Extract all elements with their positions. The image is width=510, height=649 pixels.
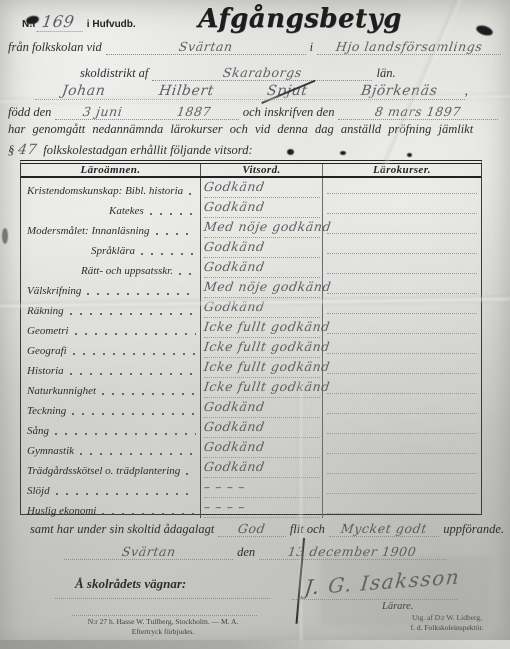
writing-guide: [327, 492, 477, 494]
county-handwritten: Skaraborgs: [222, 65, 303, 80]
board-line: Å skolrådets vägnar:: [75, 576, 186, 592]
header-grades: Vitsord.: [201, 164, 323, 176]
table-row: Trädgårdsskötsel o. trädplantering Godkä…: [21, 458, 481, 478]
from-school-label: från folkskolan vid: [8, 40, 102, 55]
imprint-left-line1: N:r 27 h. Hasse W. Tullberg, Stockholm. …: [28, 617, 298, 627]
dot-leader: [51, 427, 196, 437]
enrolled-label: och inskrifven den: [243, 105, 335, 120]
grades-table: Läroämnen. Vitsord. Lärokurser. Kristend…: [20, 160, 482, 515]
birthdate-field: 3 juni 1887: [55, 101, 238, 120]
writing-guide: [327, 292, 477, 294]
subject-label: Teckning: [27, 405, 66, 417]
bleedthrough-smudge: [320, 556, 490, 626]
hufvudb-label: i Hufvudb.: [87, 19, 136, 30]
dot-leader: [182, 467, 196, 477]
header-subjects: Läroämnen.: [21, 164, 201, 176]
certificate-number-line: N:r 169 i Hufvudb.: [22, 12, 136, 32]
name-comma: ,: [465, 84, 469, 100]
district-line: skoldistrikt af Skaraborgs län.: [80, 59, 452, 77]
conduct-line: samt har under sin skoltid ådagalagt God…: [30, 518, 504, 536]
subject-label: Kristendomskunskap: Bibl. historia: [27, 185, 183, 197]
edge-mark: [2, 228, 8, 244]
dot-leader: [98, 507, 196, 517]
table-row: Katekes Godkänd: [21, 198, 481, 218]
subject-label: Välskrifning: [27, 285, 81, 297]
subject-label: Naturkunnighet: [27, 385, 96, 397]
certificate-number: 169: [37, 12, 86, 32]
grade-handwritten: Godkänd: [203, 299, 266, 314]
school-line: från folkskolan vid Svärtan i Hjo landsf…: [8, 36, 505, 54]
writing-guide: [327, 412, 477, 414]
subject-label: Gymnastik: [27, 445, 74, 457]
spacer: [400, 59, 448, 77]
table-row: Kristendomskunskap: Bibl. historia Godkä…: [21, 178, 481, 198]
subject-label: Slöjd: [27, 485, 50, 497]
table-row: Huslig ekonomi – – – –: [21, 498, 481, 518]
dot-leader: [76, 447, 196, 457]
birth-day-handwritten: 3 juni: [82, 104, 124, 119]
diligence-field: God: [218, 518, 285, 537]
statute-line: § 47 folkskolestadgan erhållit följande …: [8, 142, 502, 158]
conduct-mid-label: flit och: [290, 522, 325, 537]
birth-enrollment-line: född den 3 juni 1887 och inskrifven den …: [8, 101, 502, 119]
subject-label: Historia: [27, 365, 64, 377]
grade-handwritten: Godkänd: [203, 179, 266, 194]
school-name-handwritten: Svärtan: [178, 39, 234, 54]
dot-leader: [83, 287, 196, 297]
enrollment-date-handwritten: 8 mars 1897: [374, 104, 462, 119]
blank-signature-line: [55, 598, 270, 599]
born-label: född den: [8, 105, 51, 120]
table-row: Geometri Icke fullt godkänd: [21, 318, 481, 338]
place-handwritten: Svärtan: [121, 544, 177, 559]
pupil-first-name: Johan: [61, 83, 107, 99]
grade-handwritten: Godkänd: [203, 199, 266, 214]
dot-leader: [66, 367, 196, 377]
grade-handwritten: Godkänd: [203, 459, 266, 474]
table-row: Teckning Godkänd: [21, 398, 481, 418]
imprint-left-line2: Eftertryck förbjudes.: [28, 627, 298, 637]
grade-handwritten: Icke fullt godkänd: [203, 379, 331, 394]
blank-signature-line: [72, 615, 257, 616]
dot-leader: [137, 247, 196, 257]
table-row: Naturkunnighet Icke fullt godkänd: [21, 378, 481, 398]
dot-leader: [71, 327, 196, 337]
table-row: Historia Icke fullt godkänd: [21, 358, 481, 378]
subject-label: Trädgårdsskötsel o. trädplantering: [27, 465, 180, 477]
dot-leader: [185, 187, 196, 197]
grade-handwritten: Icke fullt godkänd: [203, 359, 331, 374]
table-row: Gymnastik Godkänd: [21, 438, 481, 458]
board-label: Å skolrådets vägnar:: [75, 576, 186, 592]
writing-guide: [327, 252, 477, 254]
table-row: Rätt- och uppsatsskr. Godkänd: [21, 258, 481, 278]
statute-text: folkskolestadgan erhållit följande vitso…: [43, 143, 252, 158]
subject-label: Geometri: [27, 325, 69, 337]
section-number-handwritten: 47: [17, 142, 38, 158]
ink-blot: [340, 151, 346, 155]
den-label: den: [237, 545, 255, 560]
subject-label: Sång: [27, 425, 49, 437]
table-row: Välskrifning Med nöje godkänd: [21, 278, 481, 298]
pupil-middle-name: Hilbert: [158, 83, 215, 99]
dot-leader: [146, 207, 196, 217]
grade-handwritten: – – – –: [203, 499, 246, 514]
pupil-surname: Björkenäs: [360, 83, 439, 99]
pupil-name-line: Johan Hilbert Spjut Björkenäs ,: [35, 79, 468, 99]
writing-guide: [327, 312, 477, 314]
pupil-name-field: Johan Hilbert Spjut Björkenäs: [35, 79, 465, 100]
table-row: Sång Godkänd: [21, 418, 481, 438]
dot-leader: [98, 387, 196, 397]
dot-leader: [66, 307, 196, 317]
section-symbol: §: [8, 143, 14, 158]
courses-text: har genomgått nedannämnda lärokurser och…: [8, 122, 473, 137]
subject-label: Räkning: [27, 305, 64, 317]
subject-label: Geografi: [27, 345, 67, 357]
birth-year-handwritten: 1887: [176, 104, 212, 119]
ink-blot: [287, 149, 294, 155]
grade-handwritten: Med nöje godkänd: [203, 279, 332, 294]
writing-guide: [327, 192, 477, 194]
pupil-struck-name: Spjut: [266, 83, 309, 99]
table-row: Geografi Icke fullt godkänd: [21, 338, 481, 358]
grade-handwritten: Godkänd: [203, 239, 266, 254]
dot-leader: [152, 227, 196, 237]
diligence-handwritten: God: [237, 521, 266, 536]
scanned-certificate-paper: N:r 169 i Hufvudb. Afgångsbetyg från fol…: [0, 0, 510, 649]
table-row: Räkning Godkänd: [21, 298, 481, 318]
subject-label: Huslig ekonomi: [27, 505, 96, 517]
writing-guide: [327, 372, 477, 374]
grade-handwritten: – – – –: [203, 479, 246, 494]
grade-handwritten: Godkänd: [203, 259, 266, 274]
writing-guide: [327, 212, 477, 214]
writing-guide: [327, 352, 477, 354]
dot-leader: [52, 487, 196, 497]
in-label: i: [310, 40, 313, 55]
parish-field: Hjo landsförsamlings: [317, 36, 501, 55]
writing-guide: [327, 432, 477, 434]
grade-handwritten: Godkänd: [203, 419, 266, 434]
grade-handwritten: Med nöje godkänd: [203, 219, 332, 234]
grade-handwritten: Icke fullt godkänd: [203, 319, 331, 334]
table-row: Modersmålet: Innanläsning Med nöje godkä…: [21, 218, 481, 238]
writing-guide: [327, 512, 477, 514]
table-header-row: Läroämnen. Vitsord. Lärokurser.: [21, 164, 481, 178]
writing-guide: [327, 452, 477, 454]
writing-guide: [327, 392, 477, 394]
subject-label: Språklära: [91, 245, 135, 257]
ink-blot: [407, 153, 412, 157]
subject-label: Modersmålet: Innanläsning: [27, 225, 150, 237]
subject-label: Katekes: [109, 205, 144, 217]
courses-sentence: har genomgått nedannämnda lärokurser och…: [8, 122, 502, 137]
enrollment-date-field: 8 mars 1897: [338, 101, 498, 120]
behaviour-handwritten: Mycket godt: [340, 521, 428, 536]
conduct-post-label: uppförande.: [443, 522, 504, 537]
document-title: Afgångsbetyg: [170, 4, 430, 34]
parish-handwritten: Hjo landsförsamlings: [335, 39, 484, 54]
grade-handwritten: Icke fullt godkänd: [203, 339, 331, 354]
writing-guide: [327, 232, 477, 234]
header-courses: Lärokurser.: [323, 164, 481, 176]
writing-guide: [327, 272, 477, 274]
printer-imprint-left: N:r 27 h. Hasse W. Tullberg, Stockholm. …: [28, 617, 298, 637]
behaviour-field: Mycket godt: [329, 518, 439, 537]
grade-handwritten: Godkänd: [203, 399, 266, 414]
writing-guide: [327, 472, 477, 474]
place-field: Svärtan: [64, 541, 233, 560]
conduct-pre-label: samt har under sin skoltid ådagalagt: [30, 522, 214, 537]
table-row: Slöjd – – – –: [21, 478, 481, 498]
table-row: Språklära Godkänd: [21, 238, 481, 258]
school-name-field: Svärtan: [106, 36, 306, 55]
grade-handwritten: Godkänd: [203, 439, 266, 454]
writing-guide: [327, 332, 477, 334]
dot-leader: [69, 347, 196, 357]
subject-label: Rätt- och uppsatsskr.: [81, 265, 173, 277]
scan-edge: [0, 640, 510, 649]
dot-leader: [175, 267, 196, 277]
dot-leader: [68, 407, 196, 417]
table-body: Kristendomskunskap: Bibl. historia Godkä…: [21, 178, 481, 518]
